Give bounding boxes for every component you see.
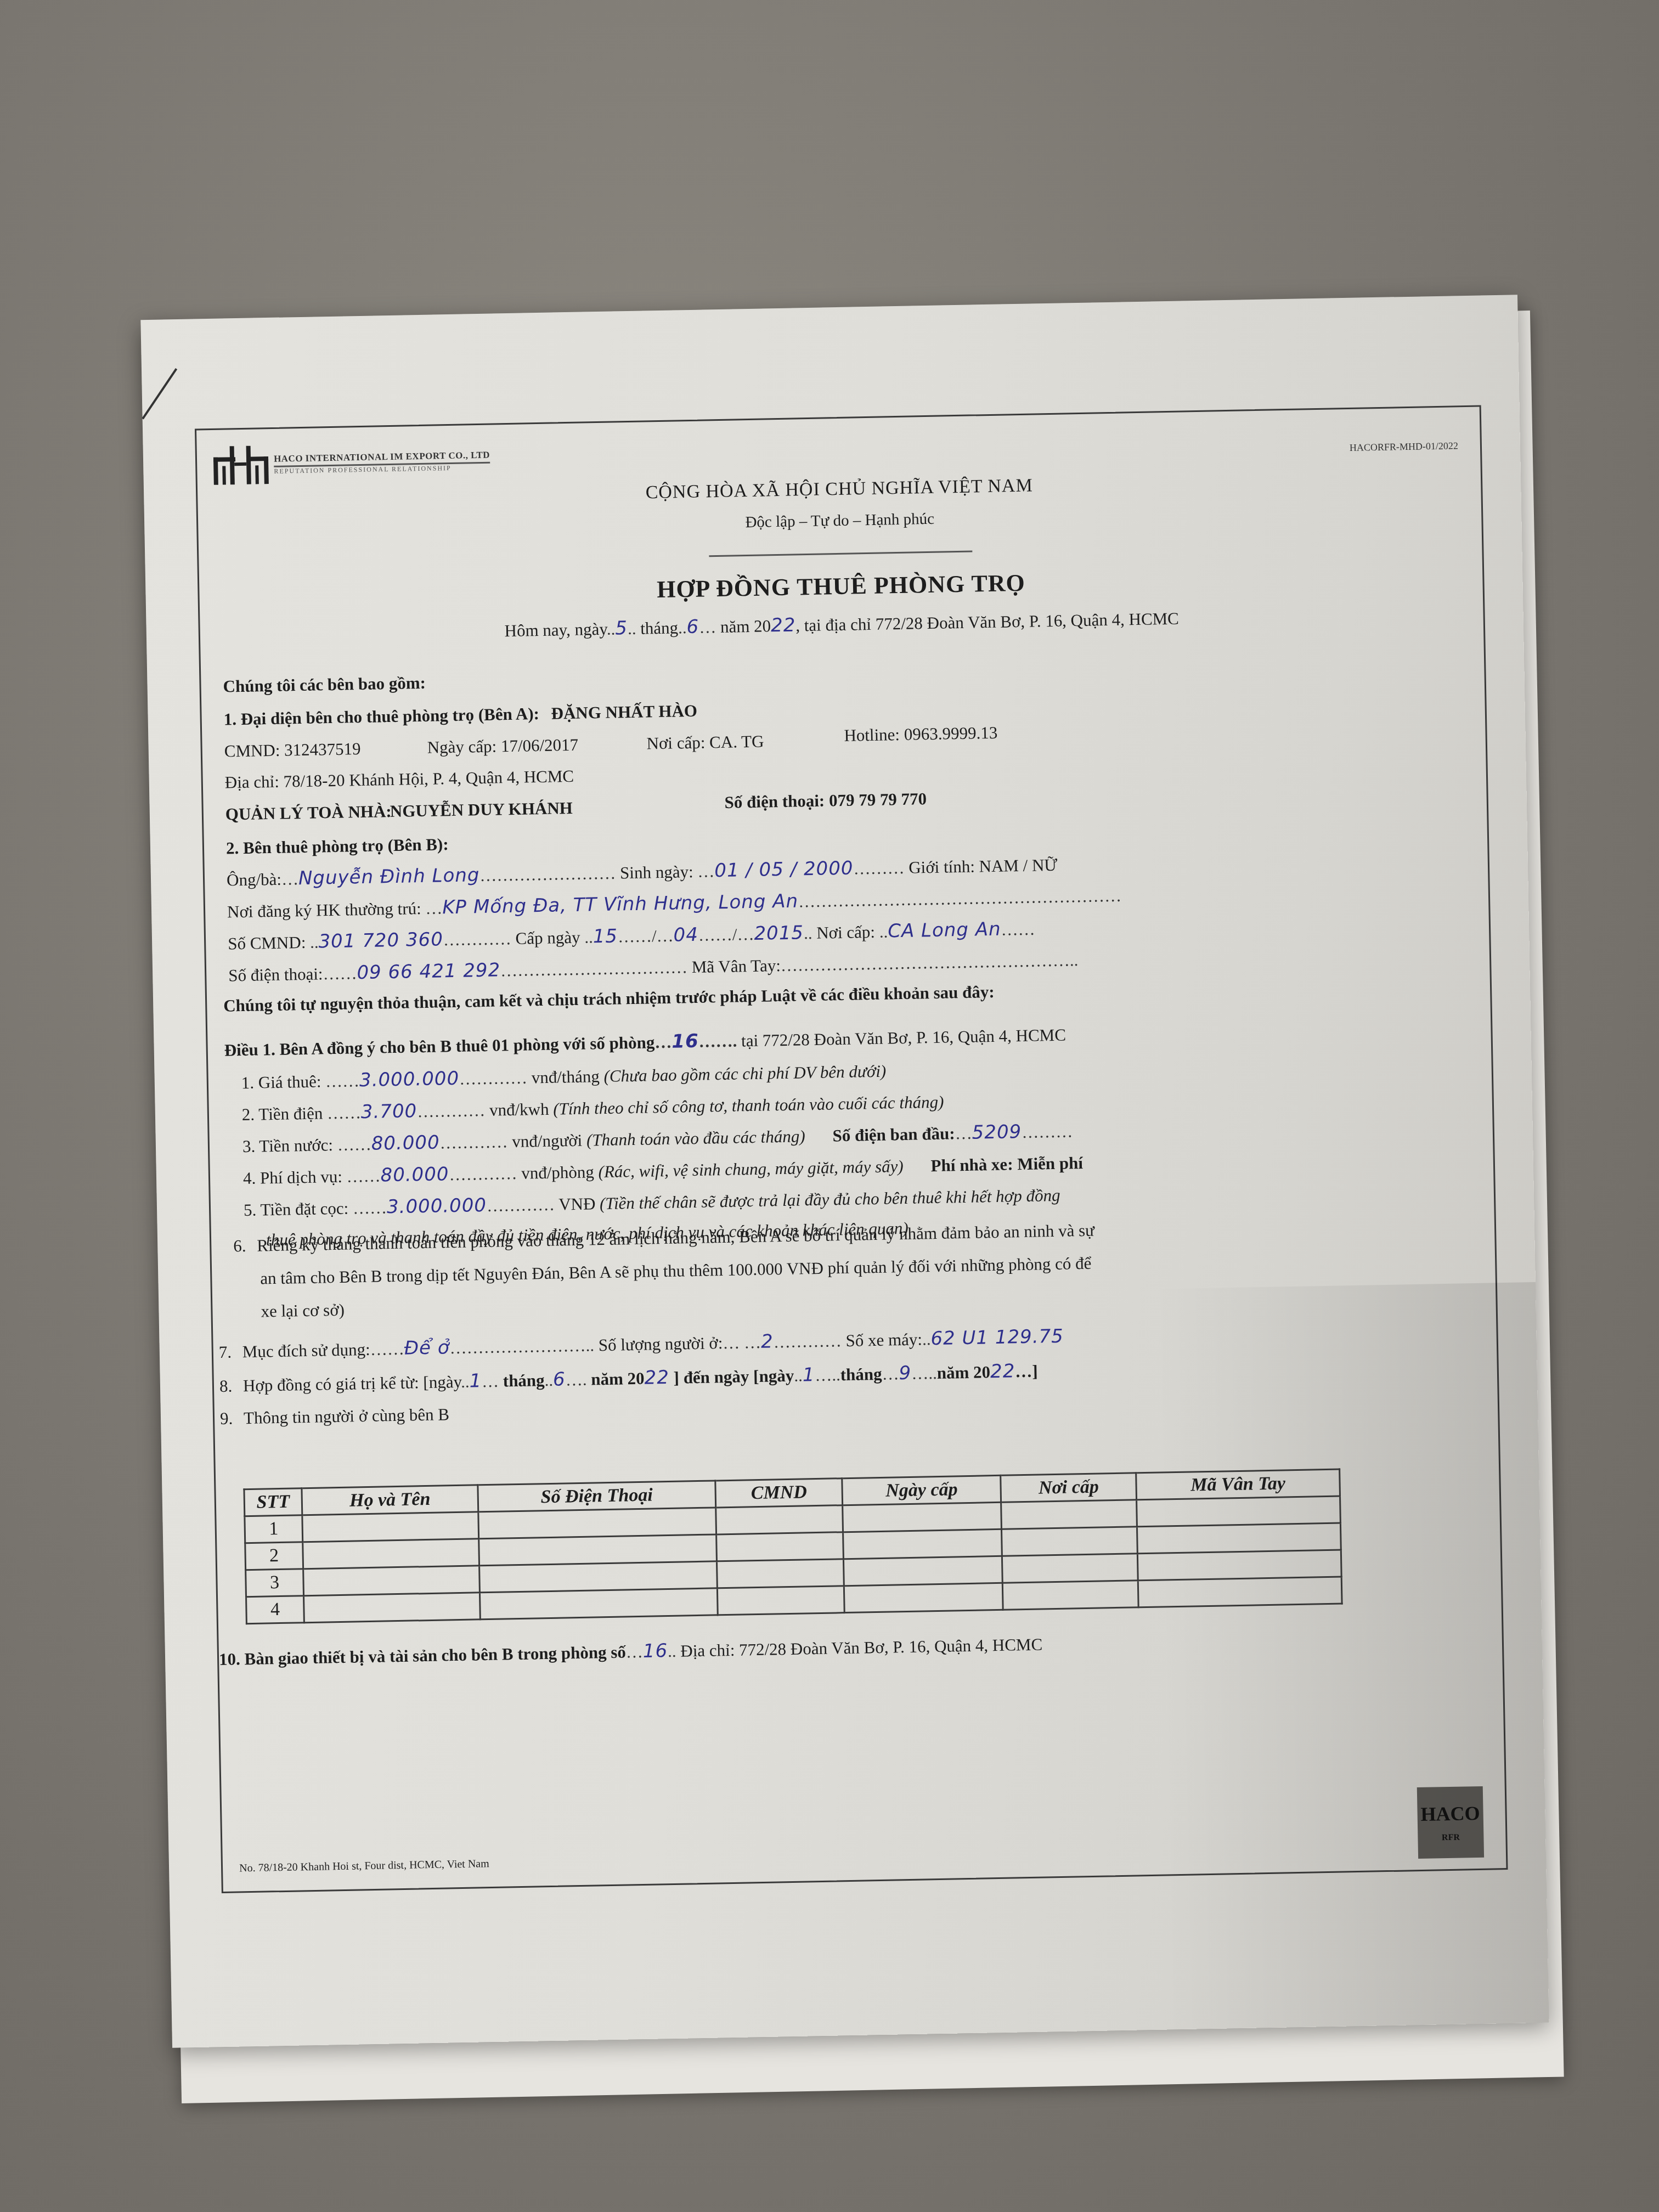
party-b-id-day: 15	[592, 926, 618, 948]
item-8-num: 8.	[219, 1376, 233, 1396]
column-header: Nơi cấp	[1001, 1473, 1137, 1503]
item-8: 8. Hợp đồng có giá trị kể từ: [ngày..1… …	[219, 1360, 1038, 1397]
party-a-name: ĐẶNG NHẤT HÀO	[551, 701, 697, 723]
document-title: HỢP ĐỒNG THUÊ PHÒNG TRỌ	[199, 561, 1483, 612]
party-b-id-place-label: Nơi cấp:	[816, 922, 875, 943]
table-cell[interactable]	[1138, 1550, 1342, 1581]
party-b-label: 2. Bên thuê phòng trọ (Bên B):	[226, 834, 449, 858]
stamp-main: HACO	[1417, 1802, 1483, 1826]
table-cell[interactable]	[843, 1502, 1002, 1532]
item-10-prefix: 10. Bàn giao thiết bị và tài sản cho bên…	[219, 1642, 626, 1669]
purpose-value: Để ở	[404, 1336, 450, 1359]
item-9: 9. Thông tin người ở cùng bên B	[220, 1404, 450, 1429]
intro-suffix: , tại địa chỉ 772/28 Đoàn Văn Bơ, P. 16,…	[795, 609, 1179, 635]
fee-num: 3.	[242, 1137, 256, 1156]
contract-page: HACO INTERNATIONAL IM EXPORT CO., LTD RE…	[140, 295, 1549, 2047]
haco-stamp: HACO RFR	[1417, 1786, 1484, 1859]
fee-extra-label: Số điện ban đầu:	[832, 1124, 955, 1145]
table-cell[interactable]	[1137, 1523, 1341, 1554]
fee-item-3: 3. Tiền nước: ……80.000………… vnđ/người (Th…	[242, 1120, 1073, 1157]
item-6-num: 6.	[233, 1236, 246, 1255]
item-9-num: 9.	[220, 1409, 233, 1428]
party-b-id-row: Số CMND: ..301 720 360………… Cấp ngày ..15…	[228, 918, 1035, 955]
manager-phone: Số điện thoại: 079 79 79 770	[724, 789, 927, 812]
table-cell[interactable]	[479, 1534, 717, 1566]
fee-extra-label: Phí nhà xe: Miễn phí	[930, 1153, 1083, 1175]
fee-label: Phí dịch vụ:	[260, 1167, 342, 1188]
item-10-room: 16	[642, 1640, 668, 1662]
table-cell[interactable]	[844, 1583, 1003, 1612]
fee-label: Giá thuê:	[258, 1071, 321, 1092]
article-1-suffix: tại 772/28 Đoàn Văn Bơ, P. 16, Quận 4, H…	[741, 1025, 1066, 1051]
article-1-prefix: Điều 1. Bên A đồng ý cho bên B thuê 01 p…	[224, 1032, 654, 1059]
document-code: HACORFR-MHD-01/2022	[1350, 440, 1458, 454]
row-number: 1	[245, 1515, 303, 1543]
fee-value: 80.000	[371, 1132, 440, 1155]
item-7-num: 7.	[219, 1342, 232, 1362]
fee-note: (Thanh toán vào đầu các tháng)	[586, 1126, 805, 1149]
fee-num: 1.	[241, 1073, 255, 1092]
bike-label: Số xe máy:	[845, 1329, 922, 1350]
item-10: 10. Bàn giao thiết bị và tài sản cho bên…	[219, 1633, 1043, 1671]
intro-prefix: Hôm nay, ngày	[504, 619, 607, 640]
fee-label: Tiền đặt cọc:	[260, 1199, 348, 1220]
party-a-issue-place: Nơi cấp: CA. TG	[646, 732, 764, 754]
purpose-label: Mục đích sử dụng:	[242, 1340, 371, 1361]
party-b-dob-label: Sinh ngày:	[620, 862, 693, 882]
fee-item-5: 5. Tiền đặt cọc: ……3.000.000………… VNĐ (Ti…	[244, 1184, 1060, 1221]
bike-plate: 62 U1 129.75	[930, 1325, 1064, 1350]
occupants-label: Số lượng người ở:	[598, 1333, 723, 1355]
article-1: Điều 1. Bên A đồng ý cho bên B thuê 01 p…	[224, 1024, 1066, 1061]
column-header: STT	[244, 1488, 302, 1516]
row-number: 4	[246, 1596, 304, 1624]
fee-label: Tiền nước:	[259, 1135, 333, 1155]
fee-note: (Tính theo chỉ số công tơ, thanh toán và…	[553, 1092, 944, 1119]
from-year: 22	[644, 1367, 669, 1389]
to-label: đến ngày	[683, 1367, 749, 1387]
table-cell[interactable]	[303, 1539, 479, 1569]
table-cell[interactable]	[843, 1529, 1002, 1559]
party-b-id-number: 301 720 360	[318, 928, 443, 952]
fee-item-1: 1. Giá thuê: ……3.000.000………… vnđ/tháng (…	[241, 1060, 886, 1094]
fee-item-4: 4. Phí dịch vụ: ……80.000………… vnđ/phòng (…	[243, 1152, 1084, 1189]
column-header: Ngày cấp	[842, 1475, 1001, 1505]
table-cell[interactable]	[304, 1593, 481, 1623]
initial-meter-reading: 5209	[972, 1121, 1022, 1144]
fee-value: 3.000.000	[359, 1068, 460, 1091]
item-6-line-3: xe lại cơ sở)	[261, 1300, 345, 1322]
party-b-id-label: Số CMND:	[228, 933, 306, 953]
party-a-cmnd: CMND: 312437519	[224, 739, 361, 761]
pen-mark	[142, 368, 177, 419]
fee-value: 3.700	[361, 1100, 417, 1123]
column-header: Họ và Tên	[302, 1485, 478, 1515]
party-a-row: 1. Đại diện bên cho thuê phòng trọ (Bên …	[223, 701, 697, 730]
party-b-name: Nguyễn Đình Long	[298, 864, 480, 889]
fee-note: (Rác, wifi, vệ sinh chung, máy giặt, máy…	[598, 1156, 904, 1181]
manager-label: QUẢN LÝ TOÀ NHÀ:	[225, 802, 392, 825]
party-b-fingerprint-label: Mã Vân Tay:	[692, 956, 781, 977]
from-month: 6	[553, 1368, 566, 1390]
party-b-id-year: 2015	[754, 922, 804, 945]
table-cell[interactable]	[1138, 1577, 1342, 1607]
parties-heading: Chúng tôi các bên bao gồm:	[223, 673, 426, 697]
fee-num: 4.	[243, 1169, 256, 1188]
occupants-count: 2	[761, 1330, 774, 1352]
from-day: 1	[469, 1370, 482, 1392]
table-cell[interactable]	[844, 1556, 1003, 1585]
table-cell[interactable]	[716, 1532, 843, 1561]
occupants-table: STTHọ và TênSố Điện ThoạiCMNDNgày cấpNơi…	[243, 1469, 1342, 1625]
haco-logo-icon	[213, 445, 269, 485]
fee-num: 2.	[242, 1105, 255, 1124]
contract-year: 22	[771, 614, 796, 636]
fee-value: 80.000	[380, 1163, 449, 1186]
to-day: 1	[802, 1364, 815, 1386]
footer-address: No. 78/18-20 Khanh Hoi st, Four dist, HC…	[239, 1858, 489, 1875]
fee-label: Tiền điện	[258, 1103, 323, 1124]
to-year: 22	[990, 1360, 1015, 1383]
column-header: Số Điện Thoại	[478, 1481, 716, 1512]
column-header: Mã Vân Tay	[1136, 1469, 1340, 1500]
table-cell[interactable]	[303, 1566, 480, 1596]
page-frame: HACO INTERNATIONAL IM EXPORT CO., LTD RE…	[195, 405, 1508, 1894]
table-cell[interactable]	[716, 1559, 844, 1588]
table-cell[interactable]	[716, 1505, 843, 1534]
party-a-address: Địa chỉ: 78/18-20 Khánh Hội, P. 4, Quận …	[224, 766, 574, 793]
fee-note: (Tiền thế chân sẽ được trả lại đầy đủ ch…	[600, 1186, 1060, 1213]
fee-value: 3.000.000	[387, 1194, 487, 1218]
party-a-issue-date: Ngày cấp: 17/06/2017	[427, 735, 578, 758]
validity-label: Hợp đồng có giá trị kể từ: [ngày	[243, 1372, 461, 1395]
item-9-label: Thông tin người ở cùng bên B	[244, 1404, 450, 1427]
table-cell[interactable]	[478, 1508, 716, 1539]
table-cell[interactable]	[1003, 1581, 1139, 1610]
party-b-id-place: CA Long An	[888, 918, 1001, 943]
party-b-residence: KP Mống Đa, TT Vĩnh Hưng, Long An	[442, 890, 798, 918]
intro-year-label: năm 20	[720, 616, 771, 636]
table-cell[interactable]	[1137, 1496, 1341, 1527]
table-cell[interactable]	[302, 1512, 479, 1542]
row-number: 2	[245, 1542, 303, 1570]
table-cell[interactable]	[717, 1586, 844, 1615]
intro-line: Hôm nay, ngày..5.. tháng..6… năm 2022, t…	[200, 602, 1483, 647]
contract-month: 6	[686, 616, 699, 638]
to-month: 9	[899, 1362, 911, 1384]
table-cell[interactable]	[479, 1561, 717, 1593]
party-a-hotline: Hotline: 0963.9999.13	[844, 723, 997, 746]
party-b-phone: 09 66 421 292	[357, 959, 500, 984]
fee-num: 5.	[244, 1200, 257, 1220]
fee-unit: vnđ/tháng	[531, 1066, 600, 1087]
agreement-statement: Chúng tôi tự nguyện thỏa thuận, cam kết …	[223, 982, 995, 1016]
party-b-name-label: Ông/bà:	[227, 870, 281, 890]
table-cell[interactable]	[479, 1588, 718, 1620]
manager-name: NGUYỄN DUY KHÁNH	[390, 798, 573, 821]
party-a-label: 1. Đại diện bên cho thuê phòng trọ (Bên …	[223, 704, 539, 729]
party-b-phone-row: Số điện thoại:……09 66 421 292………………………………	[228, 949, 1079, 986]
item-7: 7. Mục đích sử dụng:……Để ở…………………….. Số …	[218, 1325, 1064, 1363]
party-b-phone-label: Số điện thoại:	[228, 964, 323, 985]
stamp-sub: RFR	[1418, 1832, 1483, 1843]
party-b-name-row: Ông/bà:…Nguyễn Đình Long…………………… Sinh ng…	[227, 854, 1058, 891]
party-b-residence-label: Nơi đăng ký HK thường trú:	[227, 899, 421, 921]
company-logo: HACO INTERNATIONAL IM EXPORT CO., LTD RE…	[213, 442, 490, 485]
item-10-suffix: Địa chỉ: 772/28 Đoàn Văn Bơ, P. 16, Quận…	[680, 1635, 1042, 1661]
fee-unit: vnđ/phòng	[521, 1162, 594, 1182]
item-6-line-2: an tâm cho Bên B trong dịp tết Nguyên Đá…	[260, 1254, 1092, 1289]
column-header: CMND	[715, 1479, 843, 1508]
party-b-id-month: 04	[673, 924, 698, 946]
contract-day: 5	[615, 617, 628, 639]
fee-note: (Chưa bao gồm các chi phí DV bên dưới)	[603, 1062, 886, 1086]
party-b-gender-options[interactable]: NAM / NỮ	[979, 855, 1058, 876]
fee-item-2: 2. Tiền điện ……3.700………… vnđ/kwh (Tính t…	[242, 1091, 944, 1125]
table-cell[interactable]	[1001, 1500, 1137, 1530]
table-cell[interactable]	[1002, 1554, 1138, 1583]
fee-unit: VNĐ	[558, 1194, 596, 1214]
fee-unit: vnđ/kwh	[489, 1099, 549, 1120]
intro-month-label: tháng	[640, 618, 679, 637]
party-b-dob: 01 / 05 / 2000	[714, 857, 854, 882]
party-b-residence-row: Nơi đăng ký HK thường trú: …KP Mống Đa, …	[227, 884, 1122, 923]
header-divider	[709, 551, 972, 557]
row-number: 3	[246, 1569, 304, 1597]
room-number: 16	[672, 1030, 699, 1053]
party-b-gender-label: Giới tính:	[909, 857, 975, 877]
fee-unit: vnđ/người	[512, 1131, 583, 1151]
party-b-id-date-label: Cấp ngày	[515, 928, 580, 948]
table-cell[interactable]	[1002, 1527, 1138, 1556]
fee-items: 1. Giá thuê: ……3.000.000………… vnđ/tháng (…	[196, 407, 1480, 431]
